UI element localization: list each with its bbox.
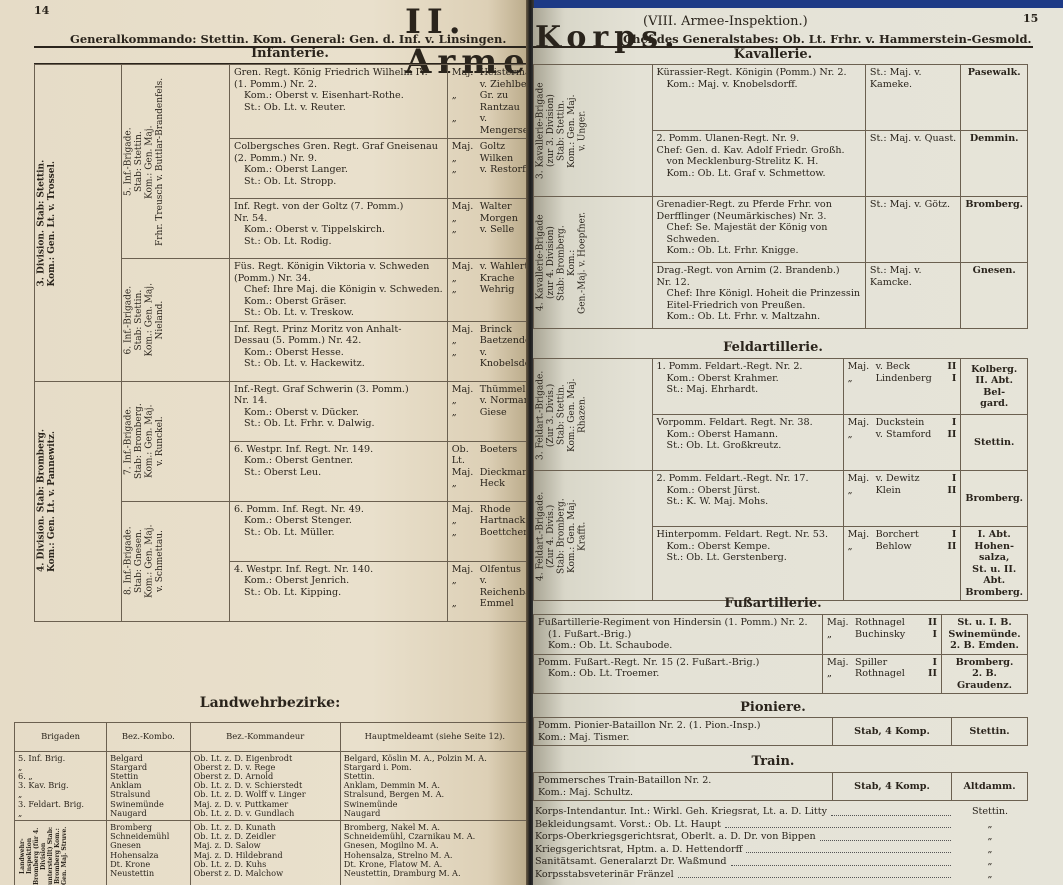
chief-of-staff-line: Chef des Generalstabes: Ob. Lt. Frhr. v.… <box>623 32 1032 46</box>
officers-cell: Maj.BorchertI„BehlowII <box>843 527 961 601</box>
administration-text: Bekleidungsamt. Vorst.: Ob. Lt. Haupt <box>535 819 721 832</box>
officer-rank: „ <box>452 575 478 598</box>
regiment-line: Kom.: Ob. Lt. Frhr. Knigge. <box>657 245 861 257</box>
regiment-line: (1. Fußart.-Brig.) <box>538 629 818 641</box>
regiment-cell: Pomm. Fußart.-Regt. Nr. 15 (2. Fußart.-B… <box>534 654 823 694</box>
kommandeur-cell: Ob. Lt. z. D. EigenbrodtOberst z. D. v. … <box>190 751 340 820</box>
officer-rank: „ <box>452 153 478 165</box>
officer-rank: „ <box>848 429 874 441</box>
officer-rank: „ <box>452 213 478 225</box>
officer-rank: „ <box>452 273 478 285</box>
section-pioneers: Pioniere. <box>693 700 853 715</box>
column-header: Bez.-Kommandeur <box>190 723 340 752</box>
officer-name: Heck <box>480 478 530 490</box>
officers-cell: Maj.DucksteinI„v. StamfordII <box>843 415 961 471</box>
officer-name: Morgen <box>480 213 530 225</box>
officer-row: „EmmelIII <box>452 598 530 610</box>
administration-row: Bekleidungsamt. Vorst.: Ob. Lt. Haupt„ <box>535 819 1025 832</box>
kombo-cell: BrombergSchneidemühlGnesenHohensalzaDt. … <box>107 820 191 885</box>
pioneers-table: Pomm. Pionier-Bataillon Nr. 2. (1. Pion.… <box>533 717 1028 746</box>
officer-name: Krache <box>480 273 530 285</box>
regiment-line: Nr. 12. <box>657 277 861 289</box>
officer-name: Goltz <box>480 141 530 153</box>
table-row: 3. Feldart.-Brigade. (Zur 3. Divis.) Sta… <box>534 359 1028 415</box>
regiment-line: Pomm. Fußart.-Regt. Nr. 15 (2. Fußart.-B… <box>538 657 818 669</box>
landwehr-inspection-cell: Landwehr-Inspektion Bromberg (für 4. Div… <box>15 820 107 885</box>
table-row: Landwehr-Inspektion Bromberg (für 4. Div… <box>15 820 530 885</box>
regiment-line: St.: Ob. Lt. Großkreutz. <box>657 440 839 452</box>
officer-name: v. Wahlert <box>480 261 530 273</box>
administration-text: Kriegsgerichtsrat, Hptm. a. D. Hettendor… <box>535 844 742 857</box>
section-cavalry: Kavallerie. <box>703 47 843 62</box>
brigade-label: 7. Inf.-Brigade. Stab: Bromberg. Kom.: G… <box>122 381 230 501</box>
regiment-line: Kom.: Oberst Krahmer. <box>657 373 839 385</box>
administration-row: Korpsstabsveterinär Fränzel„ <box>535 869 1025 882</box>
officers-cell: Maj.WalterII„MorgenI„v. SelleIII <box>447 199 530 259</box>
regiment-line: Kom.: Ob. Lt. Frhr. v. Maltzahn. <box>657 311 861 323</box>
officer-row: Maj.ThümmelIII <box>452 384 530 396</box>
kommandeur-line: Oberst z. D. Malchow <box>194 869 337 878</box>
regiment-line: (2. Pomm.) Nr. 9. <box>234 153 443 165</box>
left-page: 14 II. Armee Generalkommando: Stettin. K… <box>0 0 530 885</box>
regiment-line: St.: Ob. Lt. Gerstenberg. <box>657 552 839 564</box>
regiment-line: Nr. 54. <box>234 213 443 225</box>
officer-rank: „ <box>452 113 478 136</box>
garrison-cell: Pasewalk. <box>961 65 1028 131</box>
officer-name: Thümmel <box>480 384 530 396</box>
garrison-cell: I. Abt. Hohen- salza, St. u. II. Abt. Br… <box>961 527 1028 601</box>
train-strength: Stab, 4 Komp. <box>833 773 952 801</box>
officer-name: v. Dewitz <box>876 473 933 485</box>
regiment-cell: Kürassier-Regt. Königin (Pomm.) Nr. 2.Ko… <box>652 65 865 131</box>
officer-row: „MorgenI <box>452 213 530 225</box>
regiment-line: Fußartillerie-Regiment von Hindersin (1.… <box>538 617 818 629</box>
landwehr-inspection-label: Landwehr-Inspektion Bromberg (für 4. Div… <box>18 823 69 885</box>
regiment-line: Füs. Regt. Königin Viktoria v. Schweden <box>234 261 443 273</box>
column-header: Brigaden <box>15 723 107 752</box>
regiment-line: Chef: Gen. d. Kav. Adolf Friedr. Großh. <box>657 145 861 157</box>
officers-cell: Maj.v. DewitzI„KleinII <box>843 471 961 527</box>
officer-name: Gr. zu Rantzau <box>480 90 530 113</box>
administration-place: „ <box>955 856 1025 869</box>
field-artillery-table: 3. Feldart.-Brigade. (Zur 3. Divis.) Sta… <box>533 358 1028 601</box>
foot-artillery-table: Fußartillerie-Regiment von Hindersin (1.… <box>533 614 1028 694</box>
officer-name: Emmel <box>480 598 530 610</box>
regiment-line: Grenadier-Regt. zu Pferde Frhr. von <box>657 199 861 211</box>
officer-rank: „ <box>848 373 874 385</box>
table-row: Pomm. Fußart.-Regt. Nr. 15 (2. Fußart.-B… <box>534 654 1028 694</box>
officer-name: Wilken <box>480 153 530 165</box>
officer-row: „WilkenF <box>452 153 530 165</box>
officer-rank: „ <box>452 395 478 407</box>
regiment-line: St.: Oberst Leu. <box>234 467 443 479</box>
officers-cell: Maj.OlfentusI„v. ReichenbachII„EmmelIII <box>447 561 530 621</box>
officer-rank: Maj. <box>827 617 853 629</box>
garrison-cell: Bromberg. <box>961 197 1028 263</box>
officer-rank: Ob. Lt. <box>452 444 478 467</box>
regiment-line: Kom.: Oberst Hesse. <box>234 347 443 359</box>
meldeamt-line: Neustettin, Dramburg M. A. <box>344 869 526 878</box>
officer-row: „BoettcherII <box>452 527 530 539</box>
staff-cell: St.: Maj. v. Götz. <box>865 197 960 263</box>
section-infantry: Infanterie. <box>230 46 350 61</box>
meldeamt-cell: Belgard, Köslin M. A., Polzin M. A.Starg… <box>340 751 529 820</box>
brigade-label: 4. Feldart.-Brigade. (Zur 4. Divis.) Sta… <box>534 471 653 601</box>
division-label: 4. Division. Stab: Bromberg. Kom.: Gen. … <box>35 381 122 621</box>
officer-row: „Gr. zu RantzauF <box>452 90 530 113</box>
administration-list: Korps-Intendantur. Int.: Wirkl. Geh. Kri… <box>535 806 1025 881</box>
officers-cell: Maj.v. BeckII„LindenbergI <box>843 359 961 415</box>
pioneer-garrison: Stettin. <box>952 718 1028 746</box>
officer-rank: Maj. <box>848 529 874 541</box>
brigade-cell: 5. Inf. Brig.„6. „3. Kav. Brig.„3. Felda… <box>15 751 107 820</box>
generalkommando-line: Generalkommando: Stettin. Kom. General: … <box>70 32 506 46</box>
officer-row: „GieseI <box>452 407 530 419</box>
regiment-line: St.: K. W. Maj. Mohs. <box>657 496 839 508</box>
regiment-cell: Colbergsches Gren. Regt. Graf Gneisenau(… <box>230 139 448 199</box>
garrison-cell: St. u. I. B. Swinemünde. 2. B. Emden. <box>942 615 1028 655</box>
regiment-line: St.: Ob. Lt. v. Treskow. <box>234 307 443 319</box>
regiment-line: Kom.: Ob. Lt. Graf v. Schmettow. <box>657 168 861 180</box>
table-row: 3. Kavallerie-Brigade (zur 3. Division) … <box>534 65 1028 131</box>
officer-row: Maj.DieckmannII <box>452 467 530 479</box>
battalion-number: I <box>934 417 956 429</box>
officer-rank: „ <box>452 90 478 113</box>
officer-name: v. Selle <box>480 224 530 236</box>
table-header-row: BrigadenBez.-Kombo.Bez.-KommandeurHauptm… <box>15 723 530 752</box>
dot-leader <box>820 831 951 841</box>
officer-row: „v. RestorffII <box>452 164 530 176</box>
administration-row: Korps-Oberkriegsgerichtsrat, Oberlt. a. … <box>535 831 1025 844</box>
officer-name: Rothnagel <box>855 668 913 680</box>
regiment-cell: Inf. Regt. Prinz Moritz von Anhalt-Dessa… <box>230 321 448 381</box>
regiment-line: Kom.: Oberst Langer. <box>234 164 443 176</box>
officer-rank: Maj. <box>827 657 853 669</box>
table-row: 4. Division. Stab: Bromberg. Kom.: Gen. … <box>35 381 531 441</box>
regiment-line: St.: Ob. Lt. Stropp. <box>234 176 443 188</box>
officer-rank: Maj. <box>452 564 478 576</box>
officer-name: Rhode <box>480 504 530 516</box>
battalion-number: I <box>915 629 937 641</box>
meldeamt-cell: Bromberg, Nakel M. A.Schneidemühl, Czarn… <box>340 820 529 885</box>
brigade-cell-line: 3. Feldart. Brig. <box>18 800 103 809</box>
officer-name: Behlow <box>876 541 933 553</box>
administration-place: „ <box>955 844 1025 857</box>
column-header: Bez.-Kombo. <box>107 723 191 752</box>
dot-leader <box>678 869 951 879</box>
officer-row: Maj.SpillerI <box>827 657 937 669</box>
officer-rank: Maj. <box>452 201 478 213</box>
battalion-number: II <box>934 485 956 497</box>
officer-name: Olfentus <box>480 564 530 576</box>
officer-name: v. Beck <box>876 361 933 373</box>
dot-leader <box>831 806 951 816</box>
officers-cell: Maj.BrinckII„BaetzendorffI„v. Knobelsdor… <box>447 321 530 381</box>
regiment-line: Hinterpomm. Feldart. Regt. Nr. 53. <box>657 529 839 541</box>
meldeamt-cell-line: Naugard <box>344 809 526 818</box>
regiment-cell: Gren. Regt. König Friedrich Wilhelm IV.(… <box>230 65 448 139</box>
administration-place: „ <box>955 831 1025 844</box>
officer-name: Hartnack <box>480 515 530 527</box>
officer-rank: Maj. <box>452 261 478 273</box>
kommandeur-cell: Ob. Lt. z. D. KunathOb. Lt. z. D. Zeidle… <box>190 820 340 885</box>
regiment-line: Kom.: Oberst Stenger. <box>234 515 443 527</box>
regiment-cell: 6. Pomm. Inf. Regt. Nr. 49.Kom.: Oberst … <box>230 501 448 561</box>
regiment-line: Derfflinger (Neumärkisches) Nr. 3. <box>657 211 861 223</box>
officer-rank: „ <box>452 598 478 610</box>
regiment-cell: Inf.-Regt. Graf Schwerin (3. Pomm.)Nr. 1… <box>230 381 448 441</box>
officer-rank: „ <box>452 284 478 296</box>
regiment-cell: Füs. Regt. Königin Viktoria v. Schweden(… <box>230 259 448 322</box>
regiment-line: St.: Ob. Lt. v. Hackewitz. <box>234 358 443 370</box>
officers-cell: Maj.RothnagelII„BuchinskyI <box>823 615 942 655</box>
officer-name: Duckstein <box>876 417 933 429</box>
officer-row: „KracheI <box>452 273 530 285</box>
officer-row: „v. ReichenbachII <box>452 575 530 598</box>
regiment-line: Dessau (5. Pomm.) Nr. 42. <box>234 335 443 347</box>
column-header: Hauptmeldeamt (siehe Seite 12). <box>340 723 529 752</box>
officer-name: Spiller <box>855 657 913 669</box>
regiment-cell: Grenadier-Regt. zu Pferde Frhr. vonDerff… <box>652 197 865 263</box>
officer-name: Lindenberg <box>876 373 933 385</box>
brigade-cell-line: „ <box>18 809 103 818</box>
dot-leader <box>731 856 951 866</box>
kombo-line: Neustettin <box>110 869 187 878</box>
regiment-line: von Mecklenburg-Strelitz K. H. <box>657 156 861 168</box>
regiment-line: Kürassier-Regt. Königin (Pomm.) Nr. 2. <box>657 67 861 79</box>
officer-row: „HartnackI <box>452 515 530 527</box>
brigade-label: 4. Kavallerie-Brigade (zur 4. Division) … <box>534 197 653 329</box>
officer-row: „v. MengersenI <box>452 113 530 136</box>
officer-name: Baetzendorff <box>480 335 530 347</box>
officer-name: v. Stamford <box>876 429 933 441</box>
train-table: Pommersches Train-Bataillon Nr. 2. Kom.:… <box>533 772 1028 801</box>
battalion-number: I <box>934 473 956 485</box>
officer-row: Maj.RothnagelII <box>827 617 937 629</box>
officers-cell: Ob. Lt.BoetersIIIMaj.DieckmannII„HeckI <box>447 441 530 501</box>
officer-name: v. Knobelsdorff <box>480 347 530 370</box>
pioneer-strength: Stab, 4 Komp. <box>833 718 952 746</box>
officer-rank: Maj. <box>452 504 478 516</box>
regiment-line: St.: Ob. Lt. v. Reuter. <box>234 102 443 114</box>
battalion-number: I <box>915 657 937 669</box>
officer-name: Dieckmann <box>480 467 530 479</box>
officer-row: „v. StamfordII <box>848 429 957 441</box>
regiment-line: Kom.: Oberst Kempe. <box>657 541 839 553</box>
brigade-label: 3. Feldart.-Brigade. (Zur 3. Divis.) Sta… <box>534 359 653 471</box>
brigade-label: 3. Kavallerie-Brigade (zur 3. Division) … <box>534 65 653 197</box>
staff-cell: St.: Maj. v. Quast. <box>865 131 960 197</box>
regiment-line: 1. Pomm. Feldart.-Regt. Nr. 2. <box>657 361 839 373</box>
administration-text: Korpsstabsveterinär Fränzel <box>535 869 674 882</box>
page-number-right: 15 <box>1023 12 1038 25</box>
regiment-line: St.: Maj. Ehrhardt. <box>657 384 839 396</box>
officer-row: Maj.Heisterman v. ZiehlbergII <box>452 67 530 90</box>
officer-rank: Maj. <box>452 384 478 396</box>
dot-leader <box>746 844 951 854</box>
administration-text: Sanitätsamt. Generalarzt Dr. Waßmund <box>535 856 727 869</box>
table-row: Fußartillerie-Regiment von Hindersin (1.… <box>534 615 1028 655</box>
garrison-cell: Gnesen. <box>961 263 1028 329</box>
section-field-artillery: Feldartillerie. <box>693 340 853 355</box>
officer-rank: „ <box>452 478 478 490</box>
officer-row: Maj.v. DewitzI <box>848 473 957 485</box>
infantry-table: 3. Division. Stab: Stettin. Kom.: Gen. L… <box>34 64 530 622</box>
regiment-line: 4. Westpr. Inf. Regt. Nr. 140. <box>234 564 443 576</box>
officer-row: Maj.GoltzI <box>452 141 530 153</box>
regiment-line: (Pomm.) Nr. 34. <box>234 273 443 285</box>
officer-row: „KleinII <box>848 485 957 497</box>
officer-name: Walter <box>480 201 530 213</box>
officer-rank: „ <box>848 541 874 553</box>
regiment-line: 6. Westpr. Inf. Regt. Nr. 149. <box>234 444 443 456</box>
officer-rank: „ <box>452 335 478 347</box>
battalion-number: II <box>915 617 937 629</box>
officer-row: Maj.BorchertI <box>848 529 957 541</box>
officer-name: Klein <box>876 485 933 497</box>
regiment-cell: Inf. Regt. von der Goltz (7. Pomm.)Nr. 5… <box>230 199 448 259</box>
officer-name: Brinck <box>480 324 530 336</box>
regiment-cell: Vorpomm. Feldart. Regt. Nr. 38.Kom.: Obe… <box>652 415 843 471</box>
landwehr-table: BrigadenBez.-Kombo.Bez.-KommandeurHauptm… <box>14 722 530 885</box>
regiment-line: Kom.: Ob. Lt. Troemer. <box>538 668 818 680</box>
officer-rank: „ <box>848 485 874 497</box>
garrison-cell: Stettin. <box>961 415 1028 471</box>
regiment-cell: Hinterpomm. Feldart. Regt. Nr. 53.Kom.: … <box>652 527 843 601</box>
battalion-number: II <box>915 668 937 680</box>
officer-row: „HeckI <box>452 478 530 490</box>
battalion-number: II <box>934 541 956 553</box>
regiment-cell: Drag.-Regt. von Arnim (2. Brandenb.)Nr. … <box>652 263 865 329</box>
officer-name: Boettcher <box>480 527 530 539</box>
battalion-number: II <box>934 361 956 373</box>
garrison-cell: Kolberg. II. Abt. Bel- gard. <box>961 359 1028 415</box>
inspection-label: (VIII. Armee-Inspektion.) <box>643 14 808 29</box>
administration-place: Stettin. <box>955 806 1025 819</box>
section-foot-artillery: Fußartillerie. <box>693 596 853 611</box>
regiment-line: St.: Ob. Lt. Müller. <box>234 527 443 539</box>
regiment-cell: 4. Westpr. Inf. Regt. Nr. 140.Kom.: Ober… <box>230 561 448 621</box>
officer-name: Rothnagel <box>855 617 913 629</box>
pioneer-regiment-cell: Pomm. Pionier-Bataillon Nr. 2. (1. Pion.… <box>534 718 833 746</box>
landwehr-title: Landwehrbezirke: <box>190 695 350 711</box>
garrison-cell: Demmin. <box>961 131 1028 197</box>
administration-text: Korps-Oberkriegsgerichtsrat, Oberlt. a. … <box>535 831 816 844</box>
officer-row: Ob. Lt.BoetersIII <box>452 444 530 467</box>
regiment-line: Nr. 14. <box>234 395 443 407</box>
regiment-line: Inf. Regt. Prinz Moritz von Anhalt- <box>234 324 443 336</box>
garrison-cell: Bromberg. 2. B. Graudenz. <box>942 654 1028 694</box>
staff-cell: St.: Maj. v. Kameke. <box>865 65 960 131</box>
regiment-line: 2. Pomm. Feldart.-Regt. Nr. 17. <box>657 473 839 485</box>
brigade-label: 8. Inf.-Brigade. Stab: Gnesen. Kom.: Gen… <box>122 501 230 621</box>
officer-name: Boeters <box>480 444 530 467</box>
officers-cell: Maj.GoltzI„WilkenF„v. RestorffII <box>447 139 530 199</box>
officer-name: Borchert <box>876 529 933 541</box>
regiment-line: Drag.-Regt. von Arnim (2. Brandenb.) <box>657 265 861 277</box>
officer-row: „v. KnobelsdorffIII <box>452 347 530 370</box>
officer-rank: „ <box>452 527 478 539</box>
cavalry-table: 3. Kavallerie-Brigade (zur 3. Division) … <box>533 64 1028 329</box>
regiment-line: Kom.: Ob. Lt. Schaubode. <box>538 640 818 652</box>
officer-name: Heisterman v. Ziehlberg <box>480 67 530 90</box>
officer-row: Maj.OlfentusI <box>452 564 530 576</box>
administration-place: „ <box>955 819 1025 832</box>
regiment-line: Inf.-Regt. Graf Schwerin (3. Pomm.) <box>234 384 443 396</box>
officer-rank: Maj. <box>452 324 478 336</box>
officer-row: „BehlowII <box>848 541 957 553</box>
regiment-line: Eitel-Friedrich von Preußen. <box>657 300 861 312</box>
officer-rank: Maj. <box>452 467 478 479</box>
officer-rank: Maj. <box>848 361 874 373</box>
officer-row: Maj.BrinckII <box>452 324 530 336</box>
officers-cell: Maj.RhodeIII„HartnackI„BoettcherII <box>447 501 530 561</box>
officers-cell: Maj.Heisterman v. ZiehlbergII„Gr. zu Ran… <box>447 65 530 139</box>
regiment-line: Chef: Se. Majestät der König von <box>657 222 861 234</box>
battalion-number: I <box>934 373 956 385</box>
regiment-cell: 1. Pomm. Feldart.-Regt. Nr. 2.Kom.: Ober… <box>652 359 843 415</box>
officer-row: „v. NormannII <box>452 395 530 407</box>
officers-cell: Maj.ThümmelIII„v. NormannII„GieseI <box>447 381 530 441</box>
officers-cell: Maj.SpillerI„RothnagelII <box>823 654 942 694</box>
regiment-line: Vorpomm. Feldart. Regt. Nr. 38. <box>657 417 839 429</box>
kombo-cell-line: Naugard <box>110 809 187 818</box>
regiment-line: Kom.: Oberst v. Dücker. <box>234 407 443 419</box>
officer-name: v. Mengersen <box>480 113 530 136</box>
regiment-line: Schweden. <box>657 234 861 246</box>
officer-rank: Maj. <box>452 67 478 90</box>
kombo-cell: BelgardStargardStettinAnklamStralsundSwi… <box>107 751 191 820</box>
table-row: Pomm. Pionier-Bataillon Nr. 2. (1. Pion.… <box>534 718 1028 746</box>
officer-name: v. Reichenbach <box>480 575 530 598</box>
officer-row: Maj.v. BeckII <box>848 361 957 373</box>
table-row: 4. Feldart.-Brigade. (Zur 4. Divis.) Sta… <box>534 471 1028 527</box>
regiment-line: Kom.: Oberst v. Tippelskirch. <box>234 224 443 236</box>
officer-row: Maj.DucksteinI <box>848 417 957 429</box>
brigade-cell-line: 5. Inf. Brig. <box>18 754 103 763</box>
officer-row: „BuchinskyI <box>827 629 937 641</box>
officer-row: Maj.RhodeIII <box>452 504 530 516</box>
regiment-line: Kom.: Oberst v. Eisenhart-Rothe. <box>234 90 443 102</box>
regiment-cell: 2. Pomm. Ulanen-Regt. Nr. 9.Chef: Gen. d… <box>652 131 865 197</box>
regiment-line: Gren. Regt. König Friedrich Wilhelm IV. <box>234 67 443 79</box>
administration-row: Korps-Intendantur. Int.: Wirkl. Geh. Kri… <box>535 806 1025 819</box>
administration-row: Kriegsgerichtsrat, Hptm. a. D. Hettendor… <box>535 844 1025 857</box>
regiment-line: Kom.: Oberst Jenrich. <box>234 575 443 587</box>
regiment-line: St.: Ob. Lt. Kipping. <box>234 587 443 599</box>
officer-name: v. Restorff <box>480 164 530 176</box>
regiment-line: St.: Ob. Lt. Frhr. v. Dalwig. <box>234 418 443 430</box>
regiment-line: Kom.: Maj. v. Knobelsdorff. <box>657 79 861 91</box>
brigade-cell-line: 3. Kav. Brig. <box>18 781 103 790</box>
officer-name: Wehrig <box>480 284 530 296</box>
right-page: 15 Korps. (VIII. Armee-Inspektion.) Chef… <box>533 8 1063 885</box>
regiment-line: St.: Ob. Lt. Rodig. <box>234 236 443 248</box>
regiment-line: Inf. Regt. von der Goltz (7. Pomm.) <box>234 201 443 213</box>
regiment-cell: 6. Westpr. Inf. Regt. Nr. 149.Kom.: Ober… <box>230 441 448 501</box>
officer-row: „RothnagelII <box>827 668 937 680</box>
officer-rank: „ <box>452 347 478 370</box>
officer-rank: „ <box>827 629 853 641</box>
officer-row: Maj.v. WahlertII <box>452 261 530 273</box>
division-label: 3. Division. Stab: Stettin. Kom.: Gen. L… <box>35 65 122 382</box>
page-number-left: 14 <box>34 4 49 17</box>
officer-row: „LindenbergI <box>848 373 957 385</box>
officer-rank: „ <box>452 224 478 236</box>
kommandeur-cell-line: Ob. Lt. z. D. v. Gundlach <box>194 809 337 818</box>
officer-row: Maj.WalterII <box>452 201 530 213</box>
administration-text: Korps-Intendantur. Int.: Wirkl. Geh. Kri… <box>535 806 827 819</box>
